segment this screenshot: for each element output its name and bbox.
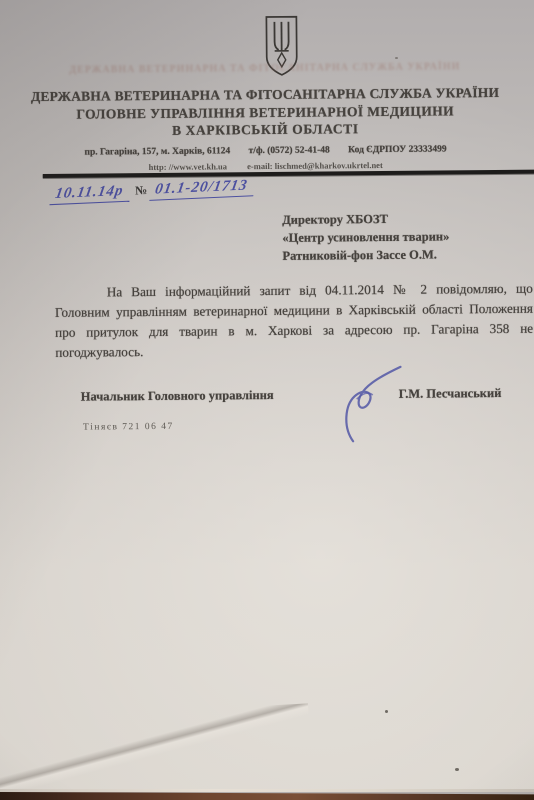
recipient-block: Директору ХБОЗТ «Центр усиновлення твари… [282,209,450,264]
bleed-through-text: ДЕРЖАВНА ВЕТЕРИНАРНА ТА ФІТОСАНІТАРНА СЛ… [0,61,532,77]
handwritten-signature [338,365,405,446]
letterhead-contact-row: пр. Гагаріна, 157, м. Харків, 61124 т/ф.… [0,144,533,159]
org-phone: т/ф. (0572) 52-41-48 [249,145,330,156]
org-email: e-mail: lischmed@kharkov.ukrtel.net [247,160,383,171]
org-address: пр. Гагаріна, 157, м. Харків, 61124 [84,146,230,157]
recipient-title: Директору ХБОЗТ [282,209,449,228]
org-name-line3: В ХАРКІВСЬКІЙ ОБЛАСТІ [0,120,532,141]
letter-paper: ДЕРЖАВНА ВЕТЕРИНАРНА ТА ФІТОСАНІТАРНА СЛ… [0,0,534,792]
number-sign: № [135,183,148,199]
dirt-speck [395,57,398,59]
letter-body-paragraph: На Ваш інформаційний запит від 04.11.201… [55,279,534,363]
org-website: http: //www.vet.kh.ua [149,161,227,172]
dirt-speck [385,710,388,713]
recipient-person: Ратниковій-фон Зассе О.М. [282,245,449,264]
executor-contact: Тіняєв 721 06 47 [83,422,174,433]
reference-line: 10.11.14р№01.1-20/1713 [51,173,352,205]
org-name-line1: ДЕРЖАВНА ВЕТЕРИНАРНА ТА ФІТОСАНІТАРНА СЛ… [0,85,532,106]
table-surface [0,792,534,800]
signer-title: Начальник Головного управління [81,388,274,405]
handwritten-ref-number: 01.1-20/1713 [150,177,258,201]
signer-name: Г.М. Песчанський [399,386,502,402]
org-edrpou-code: Код ЄДРПОУ 23333499 [348,144,447,155]
dirt-speck [455,768,459,771]
photo-of-letter: ДЕРЖАВНА ВЕТЕРИНАРНА ТА ФІТОСАНІТАРНА СЛ… [0,0,534,800]
handwritten-date: 10.11.14р [49,183,132,206]
recipient-org: «Центр усиновлення тварин» [282,227,449,246]
